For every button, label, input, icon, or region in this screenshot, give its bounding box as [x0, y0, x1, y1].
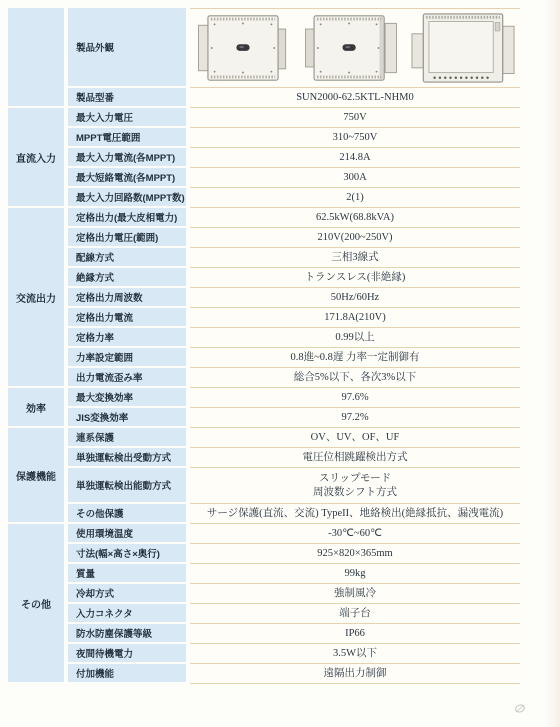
spec-label: 定格力率: [68, 328, 186, 348]
spec-label: 最大短絡電流(各MPPT): [68, 168, 186, 188]
spec-section: 効率最大変換効率97.6%JIS変換効率97.2%: [8, 388, 520, 428]
spec-value: 62.5kW(68.8kVA): [190, 208, 520, 228]
spec-row: 製品外観: [68, 8, 520, 88]
spec-value: 925×820×365mm: [190, 544, 520, 564]
spec-section: 交流出力定格出力(最大皮相電力)62.5kW(68.8kVA)定格出力電圧(範囲…: [8, 208, 520, 388]
spec-label: 絶縁方式: [68, 268, 186, 288]
spec-label: 力率設定範囲: [68, 348, 186, 368]
spec-row: 絶縁方式トランスレス(非絶縁): [68, 268, 520, 288]
inverter-rear-view-image: [411, 11, 515, 85]
spec-label: 出力電流歪み率: [68, 368, 186, 388]
spec-section: その他使用環境温度-30℃~60℃寸法(幅×高さ×奥行)925×820×365m…: [8, 524, 520, 684]
spec-section: 保護機能連系保護OV、UV、OF、UF単独運転検出受動方式電圧位相跳躍検出方式単…: [8, 428, 520, 524]
spec-value: 210V(200~250V): [190, 228, 520, 248]
spec-label: 入力コネクタ: [68, 604, 186, 624]
spec-row: 付加機能遠隔出力制御: [68, 664, 520, 684]
spec-value: -30℃~60℃: [190, 524, 520, 544]
spec-row: 最大入力回路数(MPPT数)2(1): [68, 188, 520, 208]
spec-label: JIS変換効率: [68, 408, 186, 428]
spec-row: 質量99kg: [68, 564, 520, 584]
spec-value: OV、UV、OF、UF: [190, 428, 520, 448]
spec-row: 入力コネクタ端子台: [68, 604, 520, 624]
spec-value: 三相3線式: [190, 248, 520, 268]
spec-label: 単独運転検出能動方式: [68, 468, 186, 504]
spec-row: 防水防塵保護等級IP66: [68, 624, 520, 644]
category-cell: 効率: [8, 388, 64, 428]
spec-label: 最大入力電圧: [68, 108, 186, 128]
spec-row: 使用環境温度-30℃~60℃: [68, 524, 520, 544]
spec-value: IP66: [190, 624, 520, 644]
spec-label: 定格出力電流: [68, 308, 186, 328]
spec-row: 最大入力電圧750V: [68, 108, 520, 128]
spec-value: 750V: [190, 108, 520, 128]
scan-curl-mark-icon: [514, 701, 526, 719]
spec-row: JIS変換効率97.2%: [68, 408, 520, 428]
spec-row: 最大短絡電流(各MPPT)300A: [68, 168, 520, 188]
spec-label: 寸法(幅×高さ×奥行): [68, 544, 186, 564]
spec-label: 使用環境温度: [68, 524, 186, 544]
spec-value: SUN2000-62.5KTL-NHM0: [190, 88, 520, 108]
spec-row: 単独運転検出能動方式スリップモード 周波数シフト方式: [68, 468, 520, 504]
spec-value: スリップモード 周波数シフト方式: [190, 468, 520, 504]
spec-label: 最大入力電流(各MPPT): [68, 148, 186, 168]
spec-label: 定格出力電圧(範囲): [68, 228, 186, 248]
spec-row: 製品型番SUN2000-62.5KTL-NHM0: [68, 88, 520, 108]
spec-value: 50Hz/60Hz: [190, 288, 520, 308]
spec-row: 夜間待機電力3.5W以下: [68, 644, 520, 664]
spec-value: 310~750V: [190, 128, 520, 148]
spec-row: 冷却方式強制風冷: [68, 584, 520, 604]
spec-row: 定格出力周波数50Hz/60Hz: [68, 288, 520, 308]
spec-label: その他保護: [68, 504, 186, 524]
spec-label: 防水防塵保護等級: [68, 624, 186, 644]
inverter-front-view-2-image: [303, 12, 399, 84]
category-cell: 保護機能: [8, 428, 64, 524]
spec-value: サージ保護(直流、交流) TypeII、地絡検出(絶縁抵抗、漏洩電流): [190, 504, 520, 524]
spec-value: 端子台: [190, 604, 520, 624]
category-cell: その他: [8, 524, 64, 684]
spec-value: 171.8A(210V): [190, 308, 520, 328]
spec-row: 定格出力電流171.8A(210V): [68, 308, 520, 328]
spec-label: 夜間待機電力: [68, 644, 186, 664]
spec-value: 0.8進~0.8遅 力率一定制御有: [190, 348, 520, 368]
spec-label: 定格出力周波数: [68, 288, 186, 308]
spec-row: 単独運転検出受動方式電圧位相跳躍検出方式: [68, 448, 520, 468]
spec-value: 2(1): [190, 188, 520, 208]
spec-value: 強制風冷: [190, 584, 520, 604]
spec-label: MPPT電圧範囲: [68, 128, 186, 148]
product-spec-table: 製品外観: [8, 8, 520, 684]
spec-row: その他保護サージ保護(直流、交流) TypeII、地絡検出(絶縁抵抗、漏洩電流): [68, 504, 520, 524]
spec-label: 製品型番: [68, 88, 186, 108]
spec-label: 単独運転検出受動方式: [68, 448, 186, 468]
spec-label: 冷却方式: [68, 584, 186, 604]
scan-edge-tint: [546, 0, 560, 727]
spec-label: 質量: [68, 564, 186, 584]
spec-row: 定格出力電圧(範囲)210V(200~250V): [68, 228, 520, 248]
spec-label: 定格出力(最大皮相電力): [68, 208, 186, 228]
spec-label: 製品外観: [68, 8, 186, 88]
spec-value: 97.6%: [190, 388, 520, 408]
spec-value: 214.8A: [190, 148, 520, 168]
spec-row: 定格力率0.99以上: [68, 328, 520, 348]
spec-section: 製品外観: [8, 8, 520, 108]
category-cell: 交流出力: [8, 208, 64, 388]
spec-row: 最大入力電流(各MPPT)214.8A: [68, 148, 520, 168]
spec-value: 97.2%: [190, 408, 520, 428]
spec-row: 配線方式三相3線式: [68, 248, 520, 268]
spec-label: 最大変換効率: [68, 388, 186, 408]
spec-row: 力率設定範囲0.8進~0.8遅 力率一定制御有: [68, 348, 520, 368]
spec-value: 総合5%以下、各次3%以下: [190, 368, 520, 388]
spec-value: 99kg: [190, 564, 520, 584]
spec-label: 連系保護: [68, 428, 186, 448]
spec-value: 電圧位相跳躍検出方式: [190, 448, 520, 468]
category-cell: 直流入力: [8, 108, 64, 208]
inverter-front-view-1-image: [195, 12, 291, 84]
spec-row: 連系保護OV、UV、OF、UF: [68, 428, 520, 448]
spec-value: トランスレス(非絶縁): [190, 268, 520, 288]
spec-sheet-page: 製品外観: [0, 0, 560, 727]
spec-row: 定格出力(最大皮相電力)62.5kW(68.8kVA): [68, 208, 520, 228]
spec-label: 最大入力回路数(MPPT数): [68, 188, 186, 208]
spec-value: 遠隔出力制御: [190, 664, 520, 684]
product-images-cell: [190, 8, 520, 88]
spec-value: 3.5W以下: [190, 644, 520, 664]
spec-value: 0.99以上: [190, 328, 520, 348]
spec-section: 直流入力最大入力電圧750VMPPT電圧範囲310~750V最大入力電流(各MP…: [8, 108, 520, 208]
spec-row: MPPT電圧範囲310~750V: [68, 128, 520, 148]
spec-row: 出力電流歪み率総合5%以下、各次3%以下: [68, 368, 520, 388]
category-cell-empty: [8, 8, 64, 108]
spec-label: 付加機能: [68, 664, 186, 684]
spec-row: 最大変換効率97.6%: [68, 388, 520, 408]
spec-value: 300A: [190, 168, 520, 188]
spec-row: 寸法(幅×高さ×奥行)925×820×365mm: [68, 544, 520, 564]
spec-label: 配線方式: [68, 248, 186, 268]
